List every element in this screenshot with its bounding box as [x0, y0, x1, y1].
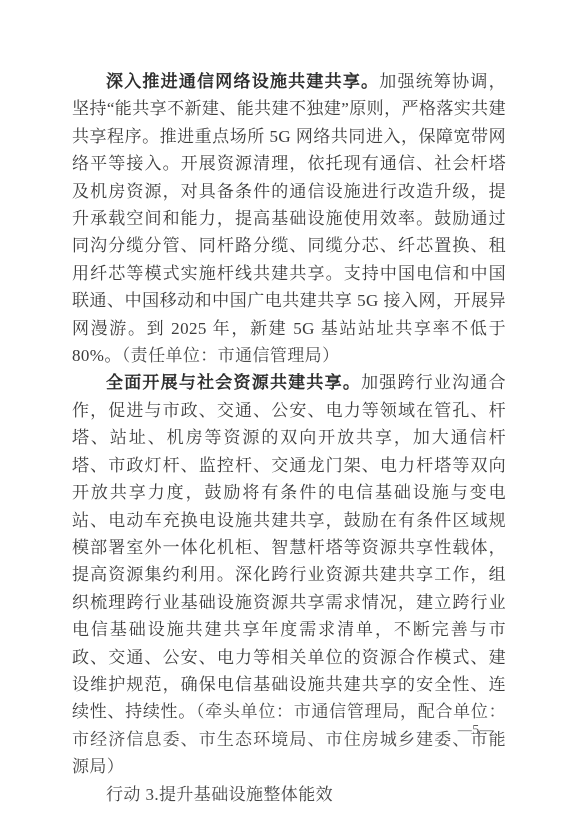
paragraph-social-resource-sharing: 全面开展与社会资源共建共享。加强跨行业沟通合作，促进与市政、交通、公安、电力等领… — [72, 369, 506, 780]
action-3-heading: 行动 3.提升基础设施整体能效 — [72, 781, 506, 808]
paragraph-body-text: 加强统筹协调，坚持“能共享不新建、能共建不独建”原则，严格落实共建共享程序。推进… — [72, 72, 506, 365]
responsibility-unit-note: （责任单位：市通信管理局） — [122, 346, 340, 365]
paragraph-lead-bold: 深入推进通信网络设施共建共享。 — [106, 72, 379, 91]
paragraph-body-text: 加强跨行业沟通合作，促进与市政、交通、公安、电力等领域在管孔、杆塔、站址、机房等… — [72, 373, 506, 721]
paragraph-network-sharing: 深入推进通信网络设施共建共享。加强统筹协调，坚持“能共享不新建、能共建不独建”原… — [72, 68, 506, 369]
document-body: 深入推进通信网络设施共建共享。加强统筹协调，坚持“能共享不新建、能共建不独建”原… — [72, 68, 506, 808]
page-number: —5— — [448, 723, 504, 739]
paragraph-lead-bold: 全面开展与社会资源共建共享。 — [106, 373, 361, 392]
document-page: 深入推进通信网络设施共建共享。加强统筹协调，坚持“能共享不新建、能共建不独建”原… — [0, 0, 578, 818]
